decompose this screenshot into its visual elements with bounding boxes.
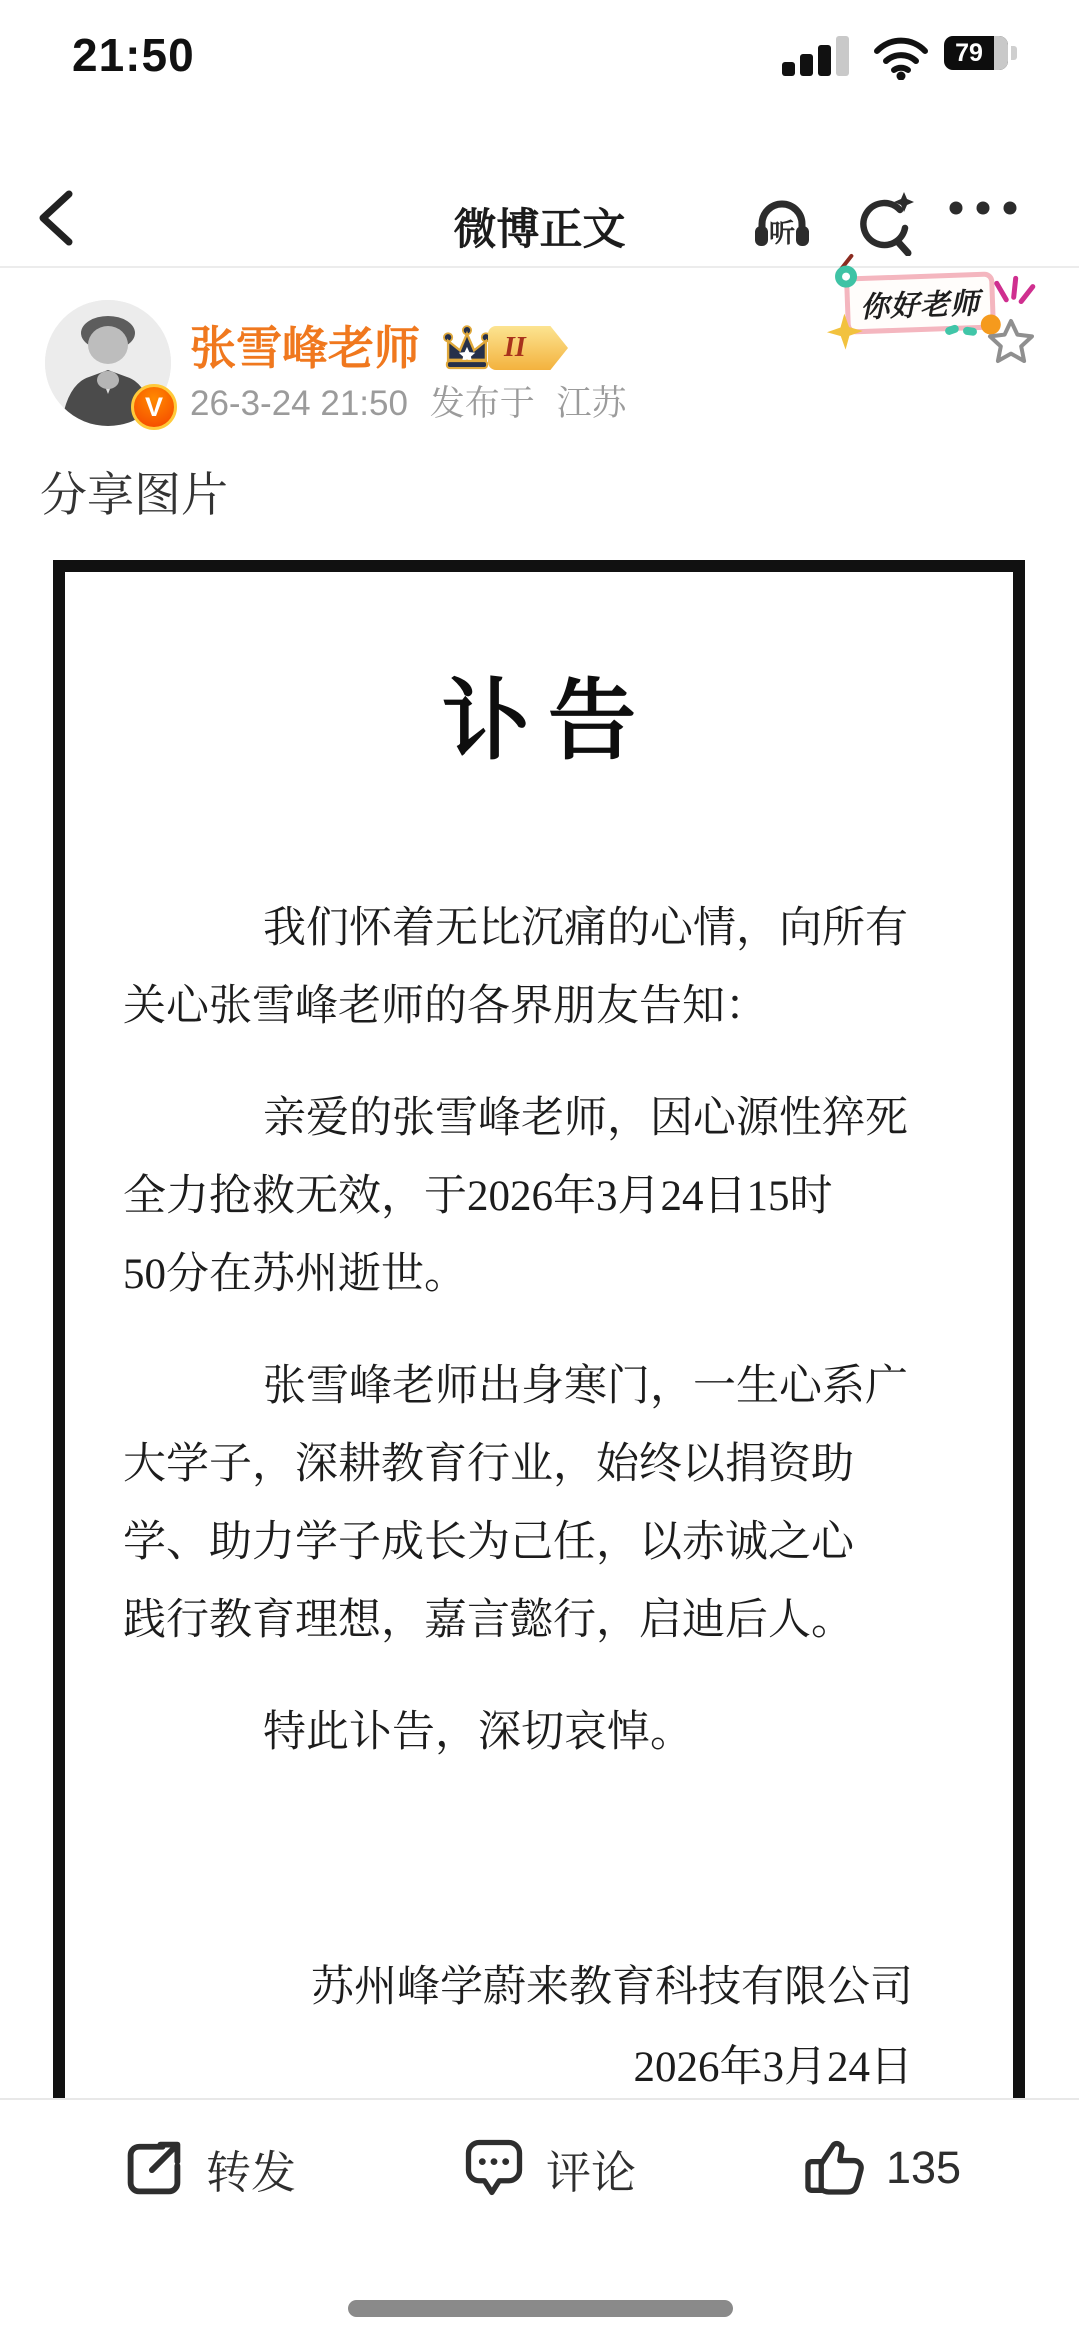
like-button[interactable]: 135: [800, 2134, 961, 2202]
listen-button[interactable]: 听: [752, 190, 812, 255]
refresh-sparkle-button[interactable]: [852, 190, 916, 259]
vip-level-label: II: [488, 332, 526, 364]
nav-divider: [0, 266, 1079, 268]
comment-label: 评论: [546, 2136, 636, 2201]
hello-teacher-sticker: 你好老师: [844, 271, 996, 334]
repost-label: 转发: [206, 2136, 296, 2201]
home-indicator[interactable]: [348, 2300, 733, 2317]
obituary-paragraph: 我们怀着无比沉痛的心情，向所有 关心张雪峰老师的各界朋友告知：: [123, 890, 955, 1046]
obituary-document: 讣告 我们怀着无比沉痛的心情，向所有 关心张雪峰老师的各界朋友告知： 亲爱的张雪…: [65, 572, 1013, 2098]
obituary-title: 讣告: [123, 668, 955, 778]
battery-nub: [1011, 46, 1017, 60]
cellular-signal-icon: [782, 36, 858, 76]
sticker-leaf-icon: [993, 280, 1009, 303]
more-options-button[interactable]: [944, 196, 1022, 223]
publish-location: 江苏: [556, 384, 626, 423]
refresh-sparkle-icon: [852, 190, 916, 256]
obituary-company: 苏州峰学蔚来教育科技有限公司: [123, 1948, 913, 2028]
obituary-paragraph: 亲爱的张雪峰老师，因心源性猝死 全力抢救无效，于2026年3月24日15时 50…: [123, 1080, 955, 1314]
publish-prefix: 发布于: [430, 384, 535, 423]
obituary-paragraph: 特此讣告，深切哀悼。: [123, 1694, 955, 1772]
battery-indicator: 79: [944, 36, 1008, 70]
sticker-text: 你好老师: [859, 280, 980, 325]
obituary-signature-block: 苏州峰学蔚来教育科技有限公司 2026年3月24日: [123, 1948, 955, 2098]
vip-level-tag: II: [488, 326, 568, 370]
sticker-leaf-icon: [1011, 276, 1018, 300]
weibo-post-screen: 21:50 79 微博正文: [0, 0, 1079, 2341]
post-meta: 26-3-24 21:50 发布于 江苏: [190, 376, 638, 426]
battery-percent: 79: [944, 36, 994, 70]
sticker-flower-icon: [826, 313, 863, 350]
status-time: 21:50: [72, 28, 195, 82]
crown-icon: [438, 322, 496, 374]
headphones-icon: 听: [752, 190, 812, 252]
sticker-dot-icon: [963, 326, 978, 336]
sticker-leaf-icon: [1018, 283, 1037, 305]
sticker-dot-icon: [944, 324, 960, 336]
vip-crown-badge[interactable]: II: [438, 322, 568, 374]
wifi-icon: [872, 34, 930, 80]
post-text: 分享图片: [40, 458, 228, 525]
sticker-ring-icon: [835, 265, 858, 288]
verified-badge: V: [131, 384, 177, 430]
repost-icon: [120, 2134, 188, 2202]
favorite-star-button[interactable]: [986, 318, 1036, 369]
page-title: 微博正文: [0, 196, 1079, 257]
obituary-paragraph: 张雪峰老师出身寒门，一生心系广 大学子，深耕教育行业，始终以捐资助 学、助力学子…: [123, 1348, 955, 1660]
repost-button[interactable]: 转发: [120, 2134, 296, 2202]
status-icons: 79: [782, 34, 1032, 80]
comment-icon: [460, 2134, 528, 2202]
comment-button[interactable]: 评论: [460, 2134, 636, 2202]
more-dots-icon: [944, 196, 1022, 220]
like-count: 135: [886, 2142, 961, 2194]
post-timestamp: 26-3-24 21:50: [190, 384, 408, 423]
star-icon: [986, 318, 1036, 366]
listen-glyph: 听: [769, 218, 795, 248]
obituary-date: 2026年3月24日: [123, 2028, 913, 2098]
author-avatar[interactable]: V: [45, 300, 171, 426]
author-name[interactable]: 张雪峰老师: [190, 312, 420, 378]
obituary-image[interactable]: 讣告 我们怀着无比沉痛的心情，向所有 关心张雪峰老师的各界朋友告知： 亲爱的张雪…: [53, 560, 1025, 2098]
thumbs-up-icon: [800, 2134, 868, 2202]
